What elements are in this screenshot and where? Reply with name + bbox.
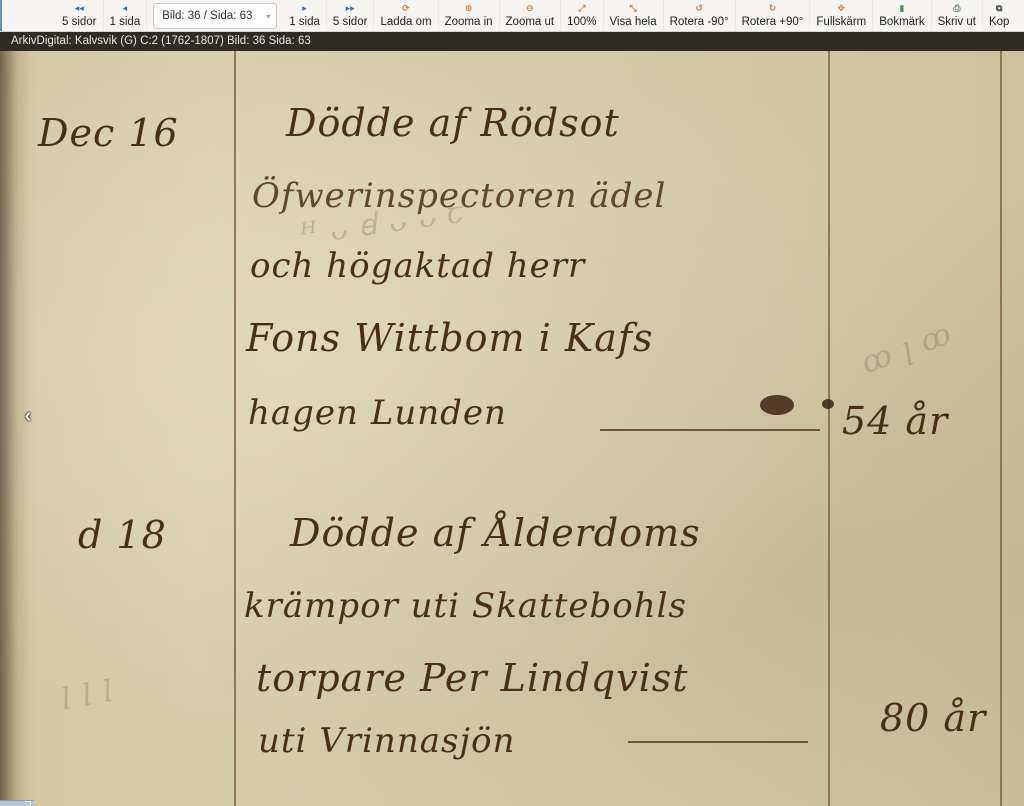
page-select[interactable]: Bild: 36 / Sida: 63 ▾ xyxy=(153,3,277,29)
entry-2-line-3: torpare Per Lindqvist xyxy=(256,656,689,700)
column-rule xyxy=(1000,51,1002,806)
printer-icon: ⎙ xyxy=(953,2,960,14)
entry-1-line-2: Öfwerinspectoren ädel xyxy=(252,176,666,216)
bleed-through-text: ꞁ ꞁ ꞁ xyxy=(57,667,115,711)
rotate-left-icon: ↺ xyxy=(695,2,703,14)
zoom-out-icon: ⊖ xyxy=(526,2,534,14)
fit-to-window-label: Visa hela xyxy=(610,15,657,30)
double-chevron-right-icon: ▸▸ xyxy=(346,2,355,14)
entry-2-age: 80 år xyxy=(880,696,986,740)
back-1-page-label: 1 sida xyxy=(110,15,141,30)
fullscreen-label: Fullskärm xyxy=(816,15,866,30)
column-rule xyxy=(234,51,236,806)
copy-icon: ⧉ xyxy=(996,2,1002,14)
copy-button[interactable]: ⧉ Kop xyxy=(983,0,1015,31)
entry-2-line-1: Dödde af Ålderdoms xyxy=(290,511,701,555)
actual-size-label: 100% xyxy=(567,15,596,30)
column-rule xyxy=(828,51,830,806)
entry-1-fill-line xyxy=(600,429,820,431)
rotate-cw-button[interactable]: ↻ Rotera +90° xyxy=(736,0,811,31)
reload-button[interactable]: ⟳ Ladda om xyxy=(374,0,438,31)
zoom-in-icon: ⊕ xyxy=(465,2,473,14)
fullscreen-icon: ✥ xyxy=(838,2,846,14)
bookmark-label: Bokmärk xyxy=(879,15,924,30)
zoom-in-button[interactable]: ⊕ Zooma in xyxy=(439,0,500,31)
ink-blot xyxy=(760,395,794,415)
entry-2-fill-line xyxy=(628,741,808,743)
rotate-ccw-label: Rotera -90° xyxy=(670,15,729,30)
corner-arrow-icon xyxy=(25,801,31,806)
back-5-pages-button[interactable]: ◂◂ 5 sidor xyxy=(2,0,104,31)
entry-1-line-5: hagen Lunden xyxy=(248,393,507,433)
chevron-left-icon: ◂ xyxy=(123,2,128,14)
bookmark-icon: ▮ xyxy=(899,2,904,14)
page-edge-shadow xyxy=(0,51,30,806)
zoom-out-button[interactable]: ⊖ Zooma ut xyxy=(500,0,562,31)
entry-1-line-1: Dödde af Rödsot xyxy=(286,101,620,145)
back-1-page-button[interactable]: ◂ 1 sida xyxy=(104,0,148,31)
entry-1-line-4: Fons Wittbom i Kafs xyxy=(246,316,653,360)
fit-to-window-button[interactable]: ⤡ Visa hela xyxy=(604,0,664,31)
ink-blot xyxy=(822,399,834,409)
zoom-out-label: Zooma ut xyxy=(506,15,555,30)
double-chevron-left-icon: ◂◂ xyxy=(75,2,84,14)
bookmark-button[interactable]: ▮ Bokmärk xyxy=(873,0,931,31)
rotate-cw-label: Rotera +90° xyxy=(742,15,804,30)
entry-2-date: d 18 xyxy=(78,513,167,557)
previous-image-arrow[interactable]: ‹ xyxy=(18,404,38,428)
print-button[interactable]: ⎙ Skriv ut xyxy=(932,0,983,31)
image-title-bar: ArkivDigital: Kalvsvik (G) C:2 (1762-180… xyxy=(0,32,1024,51)
entry-1-date: Dec 16 xyxy=(38,111,179,155)
page-select-value: Bild: 36 / Sida: 63 xyxy=(162,10,252,22)
entry-1-age: 54 år xyxy=(842,399,948,443)
print-label: Skriv ut xyxy=(938,15,976,30)
fullscreen-button[interactable]: ✥ Fullskärm xyxy=(810,0,873,31)
zoom-in-label: Zooma in xyxy=(445,15,493,30)
reload-label: Ladda om xyxy=(380,15,431,30)
refresh-icon: ⟳ xyxy=(402,2,410,14)
back-5-pages-label: 5 sidor xyxy=(62,15,97,30)
copy-label: Kop xyxy=(989,15,1009,30)
forward-1-page-label: 1 sida xyxy=(289,15,320,30)
viewer-toolbar: ◂◂ 5 sidor ◂ 1 sida Bild: 36 / Sida: 63 … xyxy=(0,0,1024,32)
document-image-viewer[interactable]: ᴴ ᴗ ꟈ ᴗ ᴗ ꞇ ꝏ ꞁ ꝏ ꞁ ꞁ ꞁ Dec 16 Dödde af … xyxy=(0,51,1024,806)
rotate-right-icon: ↻ xyxy=(769,2,777,14)
entry-2-line-4: uti Vrinnasjön xyxy=(258,721,515,761)
compress-arrows-icon: ⤡ xyxy=(629,2,636,14)
expand-arrows-icon: ⤢ xyxy=(578,2,585,14)
forward-5-pages-label: 5 sidor xyxy=(333,15,368,30)
bleed-through-text: ꝏ ꞁ ꝏ xyxy=(857,316,957,381)
resize-corner-handle[interactable] xyxy=(0,800,34,806)
forward-5-pages-button[interactable]: ▸▸ 5 sidor xyxy=(327,0,375,31)
chevron-down-icon: ▾ xyxy=(266,12,270,21)
entry-2-line-2: krämpor uti Skattebohls xyxy=(244,586,687,626)
entry-1-line-3: och högaktad herr xyxy=(250,246,585,286)
rotate-ccw-button[interactable]: ↺ Rotera -90° xyxy=(664,0,736,31)
actual-size-button[interactable]: ⤢ 100% xyxy=(561,0,603,31)
chevron-right-icon: ▸ xyxy=(302,2,307,14)
forward-1-page-button[interactable]: ▸ 1 sida xyxy=(283,0,327,31)
